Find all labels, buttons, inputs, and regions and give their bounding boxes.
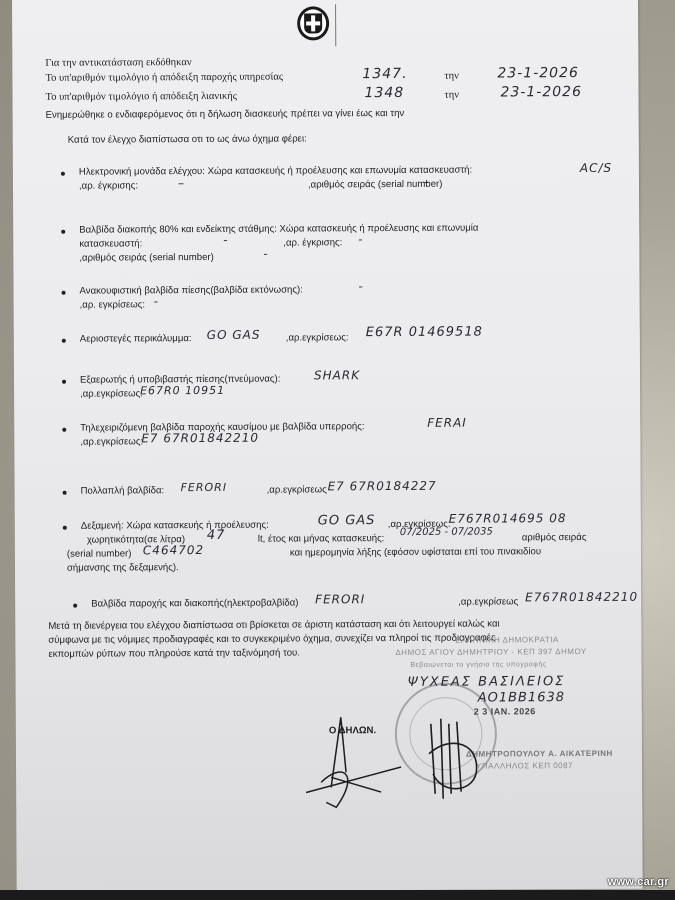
item-ecu-approval: – bbox=[178, 176, 185, 190]
item-cutoff-valve-manufacturer-label: κατασκευαστή: bbox=[79, 238, 142, 249]
invoice-label-2: Το υπ'αριθμόν τιμολόγιο ή απόδειξη λιανι… bbox=[46, 91, 237, 103]
document-page: Για την αντικατάσταση εκδόθηκαν Το υπ'αρ… bbox=[12, 0, 643, 892]
item-cutoff-valve-serial: - bbox=[263, 247, 268, 261]
item-tank-expiry-note: και ημερομηνία λήξης (εφόσον υφίσταται ε… bbox=[290, 546, 541, 558]
stamp-cert-line: Βεβαιώνεται το γνήσιο της υπογραφής bbox=[410, 661, 546, 669]
item-tank-serial: C464702 bbox=[143, 543, 204, 557]
item-tank-manufacture-expiry: 07/2025 - 07/2035 bbox=[400, 526, 493, 537]
item-multivalve-approval: E7 67R0184227 bbox=[328, 479, 437, 494]
item-gastight-housing-manufacturer: GO GAS bbox=[207, 328, 261, 342]
conclusion-line-2: σύμφωνα με τις νόμιμες προδιαγραφές και … bbox=[48, 632, 495, 645]
certified-name: ΨΥΧΕΑΣ ΒΑΣΙΛΕΙΟΣ bbox=[408, 674, 566, 690]
item-relief-valve-value: - bbox=[358, 279, 363, 293]
item-multivalve-approval-label: ,αρ.εγκρίσεως bbox=[267, 484, 327, 495]
item-gastight-housing-approval: E67R 01469518 bbox=[366, 325, 483, 341]
item-ecu-label: Ηλεκτρονική μονάδα ελέγχου: Χώρα κατασκε… bbox=[79, 165, 472, 178]
bullet bbox=[73, 604, 77, 608]
item-remote-valve-approval-label: ,αρ.εγκρίσεως: bbox=[80, 436, 143, 447]
greek-emblem-icon bbox=[297, 6, 329, 40]
item-cutoff-valve-approval: - bbox=[358, 232, 363, 246]
conclusion-line-3: εκπομπών ρύπων που πληρούσε κατά την ταξ… bbox=[48, 648, 300, 660]
item-gastight-housing-label: Αεριοστεγές περικάλυμμα: bbox=[80, 333, 192, 345]
declarant-signature bbox=[301, 712, 412, 813]
invoice-number-2: 1348 bbox=[364, 85, 404, 101]
item-tank-label: Δεξαμενή: Χώρα κατασκευής ή προέλευσης: bbox=[81, 520, 269, 532]
item-cutoff-valve-approval-label: ,αρ. έγκρισης: bbox=[283, 237, 342, 248]
item-cutoff-valve-serial-label: ,αριθμός σειράς (serial number) bbox=[79, 252, 213, 264]
invoice-date-prefix-1: την bbox=[444, 71, 459, 82]
item-relief-valve-label: Ανακουφιστική βαλβίδα πίεσης(βαλβίδα εκτ… bbox=[80, 284, 303, 296]
emblem-divider bbox=[335, 4, 336, 46]
item-tank-capacity: 47 bbox=[207, 528, 226, 543]
bullet bbox=[61, 172, 65, 176]
invoice-date-1: 23-1-2026 bbox=[497, 65, 579, 81]
item-gastight-housing-approval-label: ,αρ.εγκρίσεως: bbox=[286, 332, 349, 343]
item-tank-serial-label: αριθμός σειράς bbox=[522, 532, 587, 543]
stamp-header-2: ΔΗΜΟΣ ΑΓΙΟΥ ΔΗΜΗΤΡΙΟΥ - ΚΕΠ 397 ΔΗΜΟΥ bbox=[395, 647, 586, 657]
watermark: www.car.gr bbox=[608, 876, 669, 888]
item-multivalve-manufacturer: FERORI bbox=[181, 481, 228, 494]
bullet bbox=[63, 526, 67, 530]
item-remote-valve-manufacturer: FERAI bbox=[427, 416, 467, 430]
item-solenoid-valve-approval: E767R01842210 bbox=[525, 590, 638, 605]
item-relief-valve-approval: - bbox=[154, 294, 159, 308]
item-relief-valve-approval-label: ,αρ. εγκρίσεως: bbox=[80, 299, 145, 310]
invoice-label-1: Το υπ'αριθμόν τιμολόγιο ή απόδειξη παροχ… bbox=[45, 72, 283, 84]
stamp-header-1: ΕΛΛΗΝΙΚΗ ΔΗΜΟΚΡΑΤΙΑ bbox=[455, 635, 559, 645]
item-ecu-manufacturer: AC/S bbox=[580, 161, 612, 175]
invoice-date-2: 23-1-2026 bbox=[500, 84, 582, 100]
bullet bbox=[61, 230, 65, 234]
item-reducer-approval: E67R0 10951 bbox=[140, 384, 225, 397]
intro-line: Για την αντικατάσταση εκδόθηκαν bbox=[45, 57, 191, 69]
item-tank-manufacturer: GO GAS bbox=[318, 513, 376, 528]
bullet bbox=[62, 428, 66, 432]
desk-edge bbox=[0, 890, 675, 900]
invoice-number-1: 1347. bbox=[362, 66, 407, 82]
item-solenoid-valve-label: Βαλβίδα παροχής και διακοπής(ηλεκτροβαλβ… bbox=[91, 598, 298, 610]
notice-line: Ενημερώθηκε ο ενδιαφερόμενος ότι η δήλωσ… bbox=[46, 108, 405, 121]
bullet bbox=[62, 339, 66, 343]
conclusion-line-1: Μετά τη διενέργεια του ελέγχου διαπίστωσ… bbox=[48, 618, 499, 631]
item-cutoff-valve-label: Βαλβίδα διακοπής 80% και ενδείκτης στάθμ… bbox=[79, 223, 478, 236]
bullet bbox=[62, 380, 66, 384]
item-tank-approval: E767R014695 08 bbox=[449, 511, 567, 526]
bullet bbox=[63, 491, 67, 495]
item-reducer-manufacturer: SHARK bbox=[314, 368, 360, 382]
inspection-intro: Κατά τον έλεγχο διαπίστωσα οτι το ως άνω… bbox=[68, 133, 307, 145]
item-ecu-serial: – bbox=[423, 175, 430, 189]
item-tank-date-label: lt, έτος και μήνας κατασκευής: bbox=[258, 533, 385, 545]
item-multivalve-label: Πολλαπλή βαλβίδα: bbox=[81, 485, 165, 496]
item-tank-plate-note: σήμανσης της δεξαμενής). bbox=[67, 562, 179, 574]
invoice-date-prefix-2: την bbox=[444, 90, 459, 101]
item-remote-valve-approval: E7 67R01842210 bbox=[141, 431, 259, 446]
item-solenoid-valve-manufacturer: FERORI bbox=[315, 592, 365, 606]
certified-id-number: AO1BB1638 bbox=[478, 690, 565, 705]
official-signature bbox=[421, 714, 491, 804]
item-solenoid-valve-approval-label: ,αρ.εγκρίσεως bbox=[458, 596, 518, 607]
item-tank-serial-number-label: (serial number) bbox=[67, 548, 132, 559]
bullet bbox=[62, 291, 66, 295]
item-cutoff-valve-manufacturer: - bbox=[223, 233, 228, 247]
item-reducer-approval-label: ,αρ.εγκρίσεως: bbox=[80, 388, 143, 399]
item-ecu-approval-label: ,αρ. έγκρισης: bbox=[79, 180, 138, 191]
